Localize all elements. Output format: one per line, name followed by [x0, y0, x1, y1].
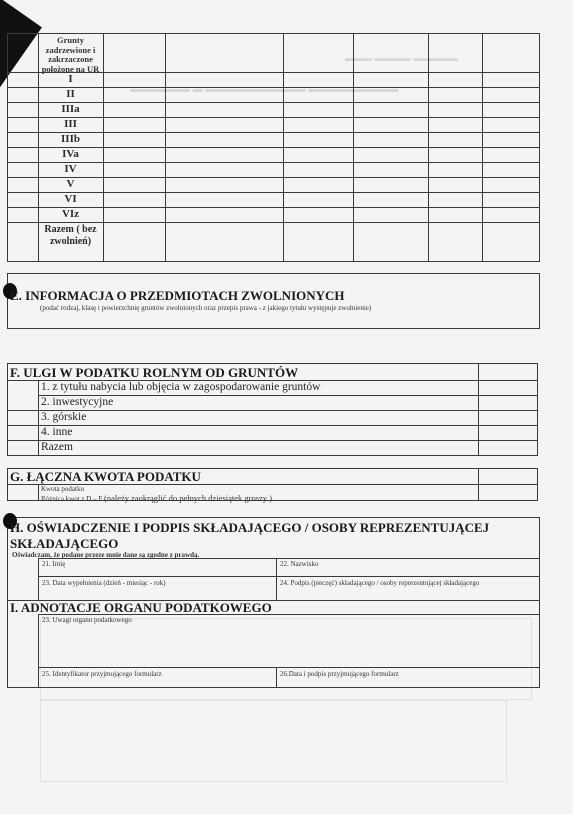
- land-class-row-label: V: [38, 177, 103, 192]
- relief-total-input[interactable]: [479, 441, 537, 455]
- ghost-box: [40, 700, 507, 782]
- last-name-label: 22. Nazwisko: [280, 560, 319, 568]
- land-class-row-label: IVa: [38, 147, 103, 162]
- section-g-title: G. ŁĄCZNA KWOTA PODATKU: [10, 469, 201, 485]
- first-name-label: 21. Imię: [42, 560, 65, 568]
- land-class-row-label: I: [38, 72, 103, 87]
- relief-item-label: 3. górskie: [41, 411, 86, 423]
- difference-label: Różnica kwot z D – F (należy zaokrąglić …: [41, 493, 272, 503]
- first-name-input[interactable]: [40, 568, 274, 576]
- relief-value-input[interactable]: [479, 381, 537, 395]
- remarks-label: 23. Uwagi organu podatkowego: [42, 616, 132, 624]
- relief-value-input[interactable]: [479, 426, 537, 440]
- difference-prefix: Różnica kwot z D – F: [41, 495, 102, 503]
- land-class-row-label: VI: [38, 192, 103, 207]
- receiver-id-label: 25. Identyfikator przyjmującego formular…: [42, 670, 162, 678]
- land-class-row-label: VIz: [38, 207, 103, 222]
- last-name-input[interactable]: [278, 568, 538, 576]
- section-h-title-line2: SKŁADAJĄCEGO: [10, 536, 118, 552]
- tax-amount-label: Kwota podatku: [41, 485, 84, 493]
- relief-item-label: 1. z tytułu nabycia lub objęcia w zagosp…: [41, 381, 320, 393]
- receiver-date-sign-input[interactable]: [278, 678, 538, 687]
- remarks-input[interactable]: [40, 625, 538, 666]
- receiver-date-sign-label: 26.Data i podpis przyjmującego formularz: [280, 670, 399, 678]
- section-e-subtitle: (podać rodzaj, klasę i powierzchnię grun…: [40, 304, 371, 312]
- section-f-title: F. ULGI W PODATKU ROLNYM OD GRUNTÓW: [10, 365, 298, 381]
- relief-value-input[interactable]: [479, 396, 537, 410]
- exemptions-input[interactable]: [12, 314, 532, 326]
- receiver-id-input[interactable]: [40, 678, 274, 687]
- relief-item-label: 4. inne: [41, 426, 72, 438]
- table-header-label: Grunty zadrzewione i zakrzaczone położon…: [38, 36, 103, 74]
- relief-value-input[interactable]: [479, 411, 537, 425]
- land-total-label: Razem ( bez zwolnień): [38, 224, 103, 247]
- land-class-row-label: II: [38, 87, 103, 102]
- land-class-row-label: IIIa: [38, 102, 103, 117]
- fill-date-input[interactable]: [40, 588, 274, 600]
- relief-item-label: 2. inwestycyjne: [41, 396, 113, 408]
- land-class-row-label: III: [38, 117, 103, 132]
- land-class-row-label: IIIb: [38, 132, 103, 147]
- fill-date-label: 23. Data wypełnienia (dzień - miesiąc - …: [42, 579, 166, 587]
- land-class-row-label: IV: [38, 162, 103, 177]
- section-h-title-line1: H. OŚWIADCZENIE I PODPIS SKŁADAJĄCEGO / …: [10, 520, 489, 536]
- section-e-title: E. INFORMACJA O PRZEDMIOTACH ZWOLNIONYCH: [10, 288, 345, 304]
- relief-total-label: Razem: [41, 441, 73, 453]
- signature-label: 24. Podpis (pieczęć) składającego / osob…: [280, 579, 479, 587]
- tax-amount-input[interactable]: [479, 485, 537, 500]
- rounding-note: (należy zaokrąglić do pełnych dziesiątek…: [104, 493, 272, 503]
- signature-input[interactable]: [278, 588, 538, 600]
